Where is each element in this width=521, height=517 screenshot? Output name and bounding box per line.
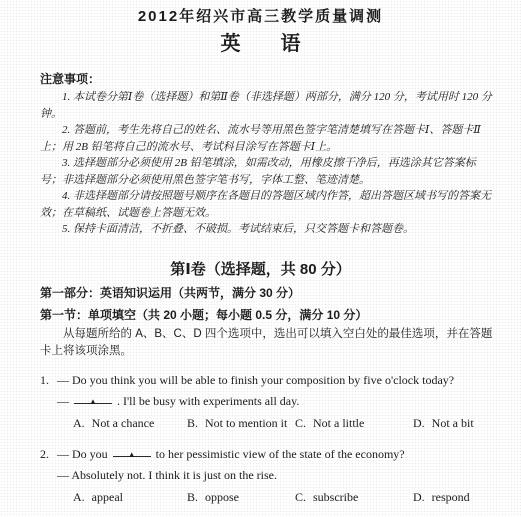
question-1-number: 1. (40, 370, 57, 391)
option-text: Not a little (313, 416, 364, 430)
question-1-option-a: A.Not a chance (73, 413, 187, 434)
question-2-option-a: A.appeal (73, 487, 187, 508)
notice-heading: 注意事项： (40, 72, 493, 86)
option-text: oppose (205, 490, 239, 504)
notice-item-3: 3. 选择题部分必须使用 2B 铅笔填涂，如需改动，用橡皮擦干净后，再选涂其它答… (40, 155, 495, 188)
question-1-line-1: 1.— Do you think you will be able to fin… (40, 370, 507, 391)
question-1-reply-dash: — (57, 394, 69, 408)
option-letter: B. (187, 416, 198, 430)
question-1-answer-blank: ▲ (74, 391, 112, 404)
question-1-line-2: —▲. I'll be busy with experiments all da… (57, 391, 507, 412)
option-letter: C. (295, 416, 306, 430)
option-letter: A. (73, 490, 85, 504)
question-2-option-d: D.respond (413, 487, 470, 508)
option-text: Not a chance (92, 416, 155, 430)
blank-triangle-marker: ▲ (128, 450, 136, 459)
blank-triangle-marker: ▲ (89, 397, 97, 406)
option-letter: A. (73, 416, 85, 430)
question-2-text-post: to her pessimistic view of the state of … (156, 447, 405, 461)
option-letter: B. (187, 490, 198, 504)
node1-heading: 第一节：单项填空（共 20 小题；每小题 0.5 分，满分 10 分） (40, 306, 493, 324)
question-1-text: — Do you think you will be able to finis… (57, 373, 454, 387)
option-text: subscribe (313, 490, 358, 504)
question-2-options-row: A.appeal B.oppose C.subscribe D.respond (73, 487, 507, 508)
notice-item-5: 5. 保持卡面清洁，不折叠、不破损。考试结束后，只交答题卡和答题卷。 (40, 221, 495, 238)
question-2-number: 2. (40, 444, 57, 465)
question-2-answer-blank: ▲ (113, 444, 151, 457)
exam-paper: 2012年绍兴市高三教学质量调测 英语 注意事项： 1. 本试卷分第Ⅰ卷（选择题… (0, 0, 521, 517)
option-letter: C. (295, 490, 306, 504)
option-text: respond (432, 490, 470, 504)
option-letter: D. (413, 490, 425, 504)
question-1-options-row: A.Not a chance B.Not to mention it C.Not… (73, 413, 507, 434)
question-2-text-pre: — Do you (57, 447, 108, 461)
page-title: 2012年绍兴市高三教学质量调测 (0, 7, 521, 26)
question-2-option-c: C.subscribe (295, 487, 413, 508)
question-1-option-b: B.Not to mention it (187, 413, 295, 434)
question-2-line-1: 2.— Do you▲to her pessimistic view of th… (40, 444, 507, 465)
section1-heading: 第Ⅰ卷（选择题，共 80 分） (0, 260, 521, 280)
option-text: Not a bit (432, 416, 474, 430)
question-1-option-c: C.Not a little (295, 413, 413, 434)
notice-item-2: 2. 答题前，考生先将自己的姓名、流水号等用黑色签字笔清楚填写在答题卡Ⅰ、答题卡… (40, 122, 495, 155)
question-2-option-b: B.oppose (187, 487, 295, 508)
question-1: 1.— Do you think you will be able to fin… (40, 370, 507, 434)
option-letter: D. (413, 416, 425, 430)
notice-item-4: 4. 非选择题部分请按照题号顺序在各题目的答题区域内作答，超出答题区域书写的答案… (40, 188, 495, 221)
question-2: 2.— Do you▲to her pessimistic view of th… (40, 444, 507, 508)
part1-heading: 第一部分：英语知识运用（共两节，满分 30 分） (40, 284, 493, 302)
question-2-line-2: — Absolutely not. I think it is just on … (57, 465, 507, 486)
subject-title: 英语 (0, 31, 521, 57)
option-text: Not to mention it (205, 416, 287, 430)
notice-item-1: 1. 本试卷分第Ⅰ卷（选择题）和第Ⅱ卷（非选择题）两部分，满分 120 分，考试… (40, 89, 495, 122)
instruction-paragraph: 从每题所给的 A、B、C、D 四个选项中，选出可以填入空白处的最佳选项，并在答题… (40, 326, 495, 360)
question-2-reply-text: — Absolutely not. I think it is just on … (57, 468, 277, 482)
option-text: appeal (92, 490, 123, 504)
question-1-option-d: D.Not a bit (413, 413, 474, 434)
question-1-reply-text: . I'll be busy with experiments all day. (117, 394, 299, 408)
